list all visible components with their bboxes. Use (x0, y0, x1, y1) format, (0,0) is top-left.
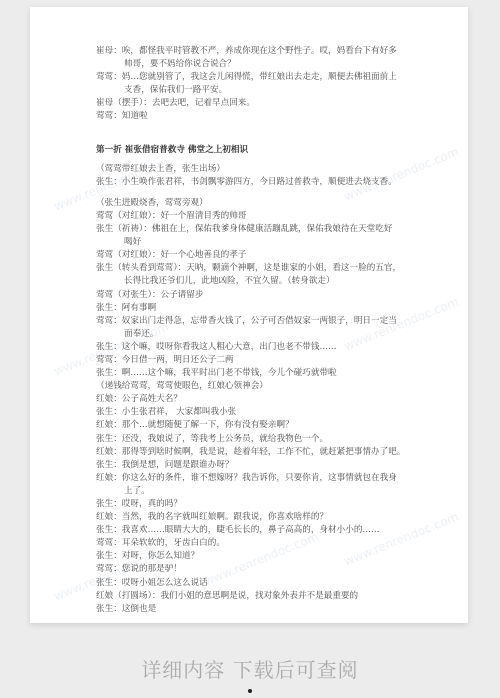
dialogue-line: 莺莺：今日借一两，明日还公子二两 (96, 354, 446, 367)
dialogue-line: 上了。 (96, 485, 446, 498)
dialogue-line: 支香，保佑我们一路平安。 (96, 84, 446, 97)
dialogue-line: 红娘：公子高姓大名？ (96, 393, 446, 406)
dialogue-line: 红娘：那个…就想随便了解一下，你有没有娶亲啊？ (96, 419, 446, 432)
dialogue-line: 红娘（打圆场）：我们小姐的意思啊是说，找对象外表并不是最重要的 (96, 590, 446, 603)
dialogue-line: 莺莺：知道啦 (96, 110, 446, 123)
dialogue-line: 张生：阿有事啊 (96, 302, 446, 315)
dialogue-line: 帅哥，要不妈给你说合说合？ (96, 58, 446, 71)
dialogue-line: 红娘：你这么好的条件，谁不想嫁呀？我告诉你，只要你肯，这事情就包在我身 (96, 472, 446, 485)
dialogue-line: 莺莺：妈…您就别管了，我这会儿闲得慌，带红娘出去走走，顺便去佛祖面前上 (96, 71, 446, 84)
document-page: www.renrendoc.com www.renrendoc.com www.… (30, 7, 468, 623)
dialogue-line: 张生：小生张君祥， 大家都叫我小张 (96, 406, 446, 419)
section-heading: 第一折 崔张借宿普救寺 佛堂之上初相识 (96, 144, 446, 157)
dialogue-line: 喝好 (96, 236, 446, 249)
dialogue-line: 莺莺（对红娘）：好一个眉清目秀的帅哥 (96, 210, 446, 223)
dialogue-line: 莺莺：奴家出门走得急，忘带香火钱了，公子可否借奴家一两银子，明日一定当 (96, 315, 446, 328)
dialogue-line: 张生（祈祷）：佛祖在上，保佑我爹身体健康活蹦乱跳，保佑我娘待在天堂吃好 (96, 223, 446, 236)
dialogue-line: 张生：这个嘛，哎呀你看我这人粗心大意，出门也老不带钱…… (96, 341, 446, 354)
dialogue-line: 崔母：唉，都怪我平时管教不严，养成你现在这个野性子。哎，妈看台下有好多 (96, 45, 446, 58)
dialogue-line: 崔母（摆手）：去吧去吧，记着早点回来。 (96, 97, 446, 110)
page-indicator-dot[interactable] (248, 689, 252, 693)
dialogue-line: 张生：对呀，你怎么知道？ (96, 550, 446, 563)
dialogue-line: 红娘：当然，我的名字就叫红娘啊。跟我说，你喜欢啥样的？ (96, 511, 446, 524)
dialogue-line: 莺莺：您说的那是驴！ (96, 563, 446, 576)
dialogue-line: 莺莺（对红娘）：好一个心地善良的孝子 (96, 249, 446, 262)
dialogue-line: 面奉还。 (96, 328, 446, 341)
download-prompt: 详细内容 下载后可查阅 (0, 654, 500, 683)
dialogue-line: 张生：还没，我娘说了，等我考上公务员，就给我物色一个。 (96, 433, 446, 446)
dialogue-line: 张生：哎呀，真的吗？ (96, 498, 446, 511)
dialogue-line: 张生：啊……这个嘛，我平时出门老不带钱，今儿个碰巧就带啦 (96, 367, 446, 380)
dialogue-line: （莺莺带红娘去上香，张生出场） (96, 163, 446, 176)
dialogue-line: 张生：我倒是想，问题是跟谁办呀？ (96, 459, 446, 472)
dialogue-line: 长得比我还爷们儿，此地凶险，不宜久留。（转身欲走） (96, 275, 446, 288)
dialogue-line: 张生（转头看到莺莺）：天呐，颗滴个神啊，这是谁家的小姐，看这一脸的五官， (96, 262, 446, 275)
document-text: 崔母：唉，都怪我平时管教不严，养成你现在这个野性子。哎，妈看台下有好多帅哥，要不… (96, 45, 446, 616)
dialogue-line: （递钱给莺莺，莺莺使眼色，红娘心领神会） (96, 380, 446, 393)
dialogue-line: 张生：这倒也是 (96, 603, 446, 616)
dialogue-line: （张生进殿烧香，莺莺旁观） (96, 197, 446, 210)
dialogue-line: 红娘：那得等到啥时候啊，我是说，趁着年轻，工作不忙，就赶紧把事情办了吧。 (96, 446, 446, 459)
dialogue-line: 张生：哎呀小姐怎么这么说话 (96, 577, 446, 590)
dialogue-line: 张生：小生唤作张君祥，书剑飘零游四方，今日路过普救寺，顺便进去烧支香。 (96, 176, 446, 189)
dialogue-line: 莺莺：耳朵软软的，牙齿白白的。 (96, 537, 446, 550)
dialogue-line: 张生：我喜欢……眼睛大大的，睫毛长长的，鼻子高高的，身材小小的…… (96, 524, 446, 537)
dialogue-line: 莺莺（对张生）：公子请留步 (96, 289, 446, 302)
